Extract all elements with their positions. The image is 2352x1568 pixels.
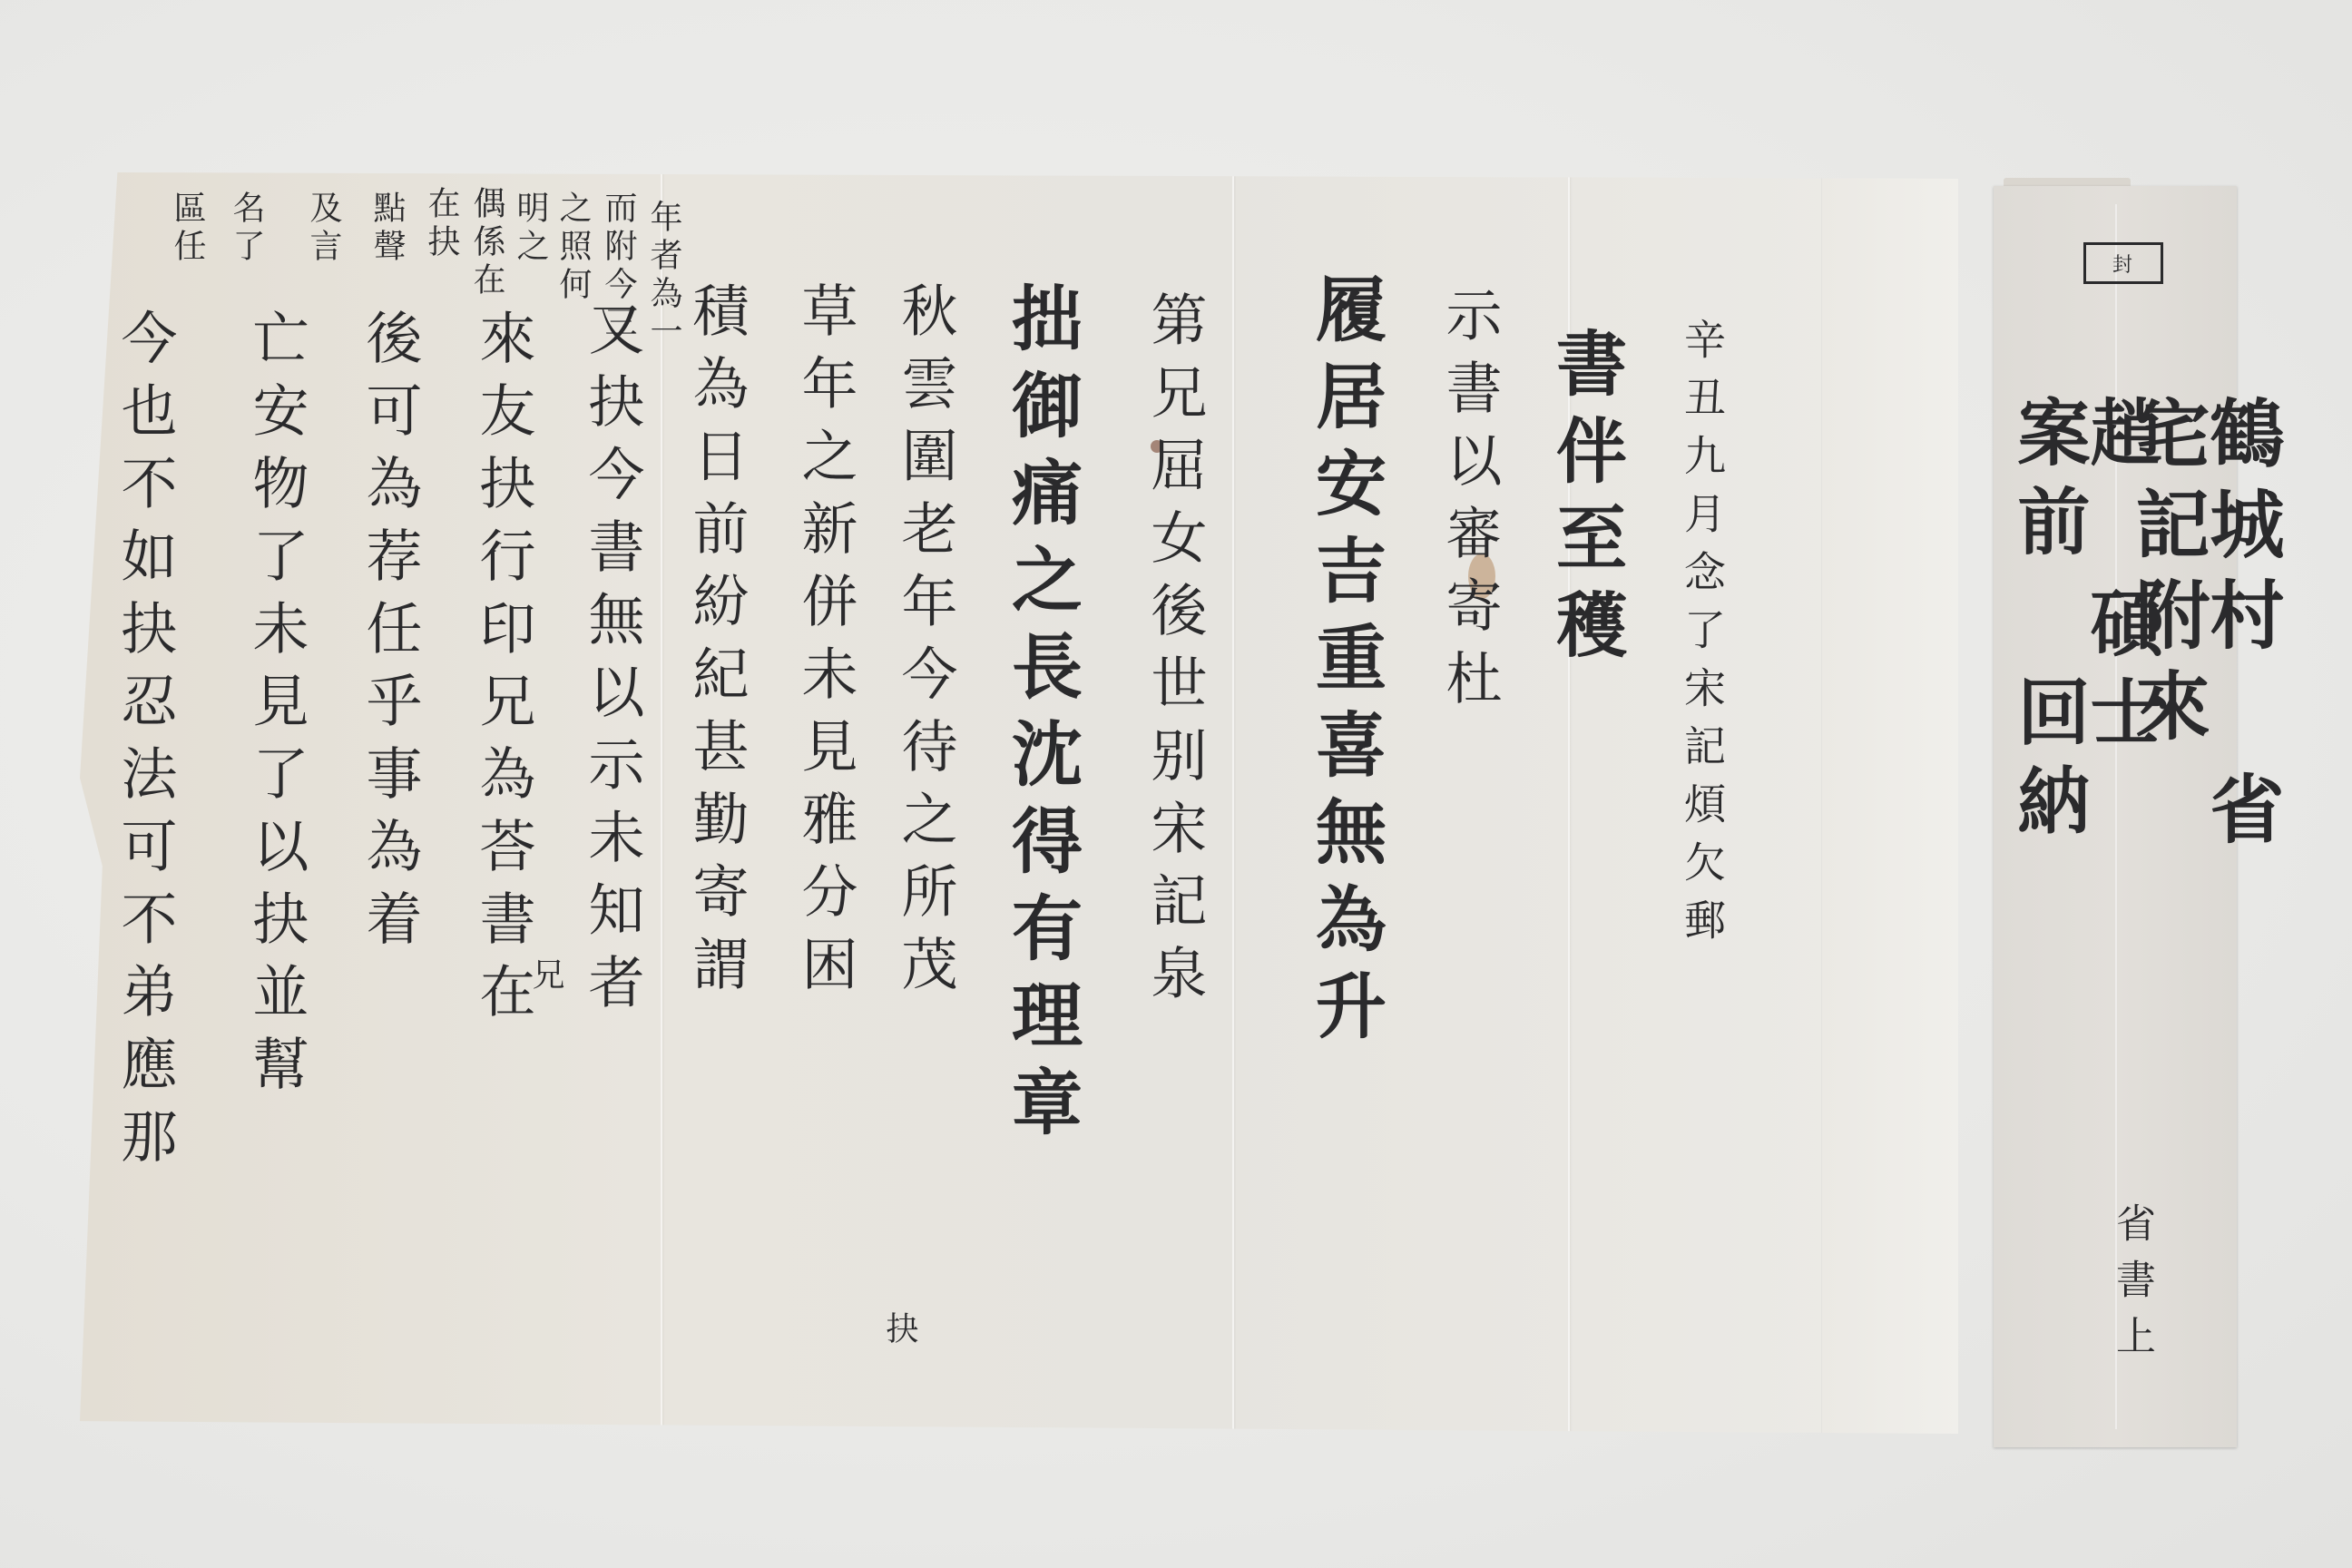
text-column: 拙御痛之長沈得有理章 [1005,281,1076,1506]
text-column: 後可為荐任乎事為着 [361,309,417,1443]
margin-note: 而附今三 [602,191,634,343]
margin-note: 之照何 [556,191,589,305]
envelope-recipient-column: 趙 碩士 案前 回納 [2012,395,2157,939]
interlinear-note: 兄 [529,957,562,995]
date-column: 辛丑九月念了宋記煩欠郵 [1681,318,1723,1361]
text-column: 第兄屈女後世别宋記泉 [1146,290,1202,1470]
margin-note: 點聲 [370,191,403,267]
seal-stamp: 封 [2083,242,2163,284]
text-column: 來友抉行印兄為荅書在 [475,309,531,1443]
text-column: 亡安物了未見了以抉並幫 [248,309,304,1443]
margin-note: 名了 [230,191,262,267]
margin-note: 區任 [171,191,203,267]
text-column: 今也不如抉忍法可不弟應那 [116,309,172,1443]
margin-note: 在抉 [425,186,457,262]
interlinear-note: 抉 [883,1311,916,1349]
envelope: 鶴城村 省宅記附來 趙 碩士 案前 回納 省書上 [1994,186,2237,1447]
fold-line [661,172,662,1434]
text-column: 履居安吉重喜無為升 [1309,272,1380,1361]
margin-note: 明之 [514,191,546,267]
letter-sheet: 辛丑九月念了宋記煩欠郵 書伴至穫 示書以審寄杜 履居安吉重喜無為升 第兄屈女後世… [80,172,1958,1434]
text-column: 又抉今書無以示未知者 [583,299,640,1461]
envelope-sender: 省書上 [2112,1202,2151,1371]
text-column: 秋雲圍老年今待之所茂 [897,281,953,1461]
text-column: 積為日前紛紀甚勤寄謂 [688,281,744,1461]
folded-flap [1821,172,1958,1434]
text-column: 草年之新併未見雅分困 [797,281,853,1461]
margin-note: 年者為一 [647,200,680,352]
fold-line [1232,172,1234,1434]
text-column: 示書以審寄杜 [1441,286,1497,830]
text-column: 書伴至穫 [1550,327,1621,1143]
margin-note: 及言 [307,191,339,267]
margin-note: 偶係在 [470,186,503,300]
